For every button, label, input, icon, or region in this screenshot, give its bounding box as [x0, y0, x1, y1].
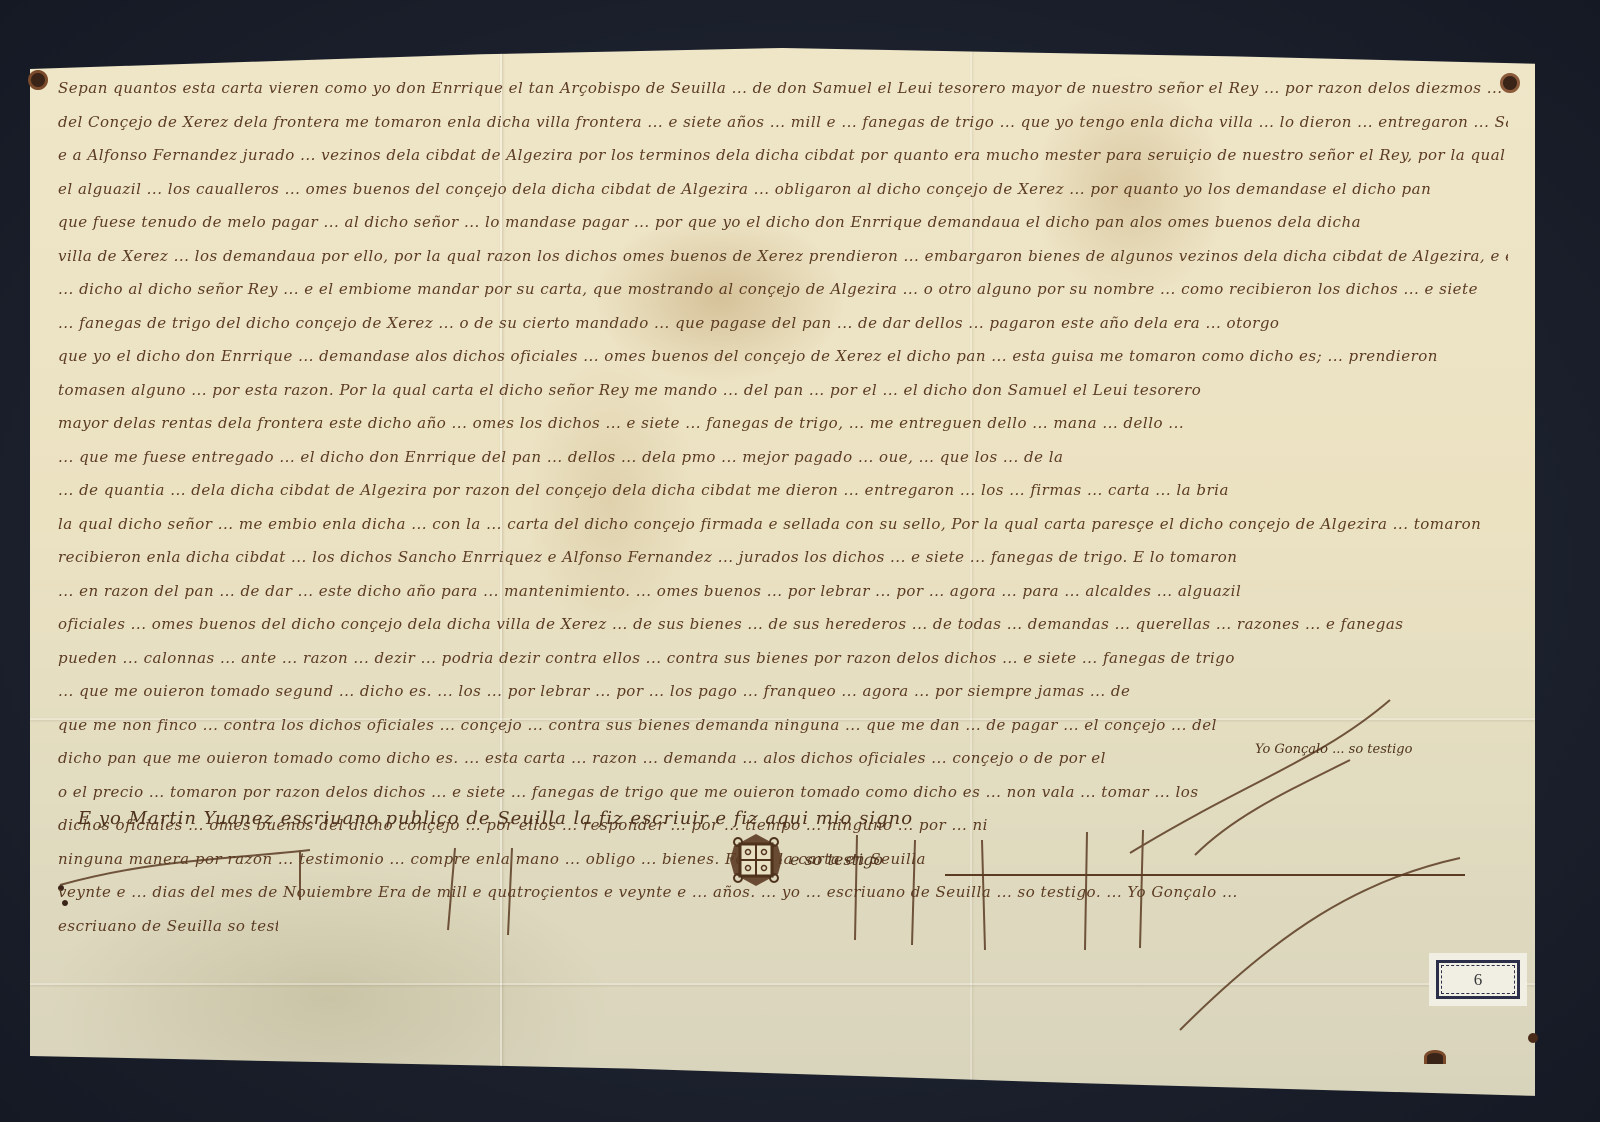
- witness-signature: Yo Gonçalo ... so testigo: [1255, 742, 1412, 757]
- ink-flourishes: [0, 0, 1600, 1122]
- catalog-label: 6: [1429, 953, 1527, 1006]
- catalog-number: 6: [1441, 965, 1515, 994]
- signature-rule-line: [945, 874, 1465, 876]
- label-border: 6: [1436, 960, 1520, 999]
- notarial-signum-icon: [728, 832, 784, 888]
- subscription-ending: e so testigo: [790, 850, 883, 869]
- notarial-subscription: E yo Martin Yuanez escriuano publico de …: [78, 808, 913, 829]
